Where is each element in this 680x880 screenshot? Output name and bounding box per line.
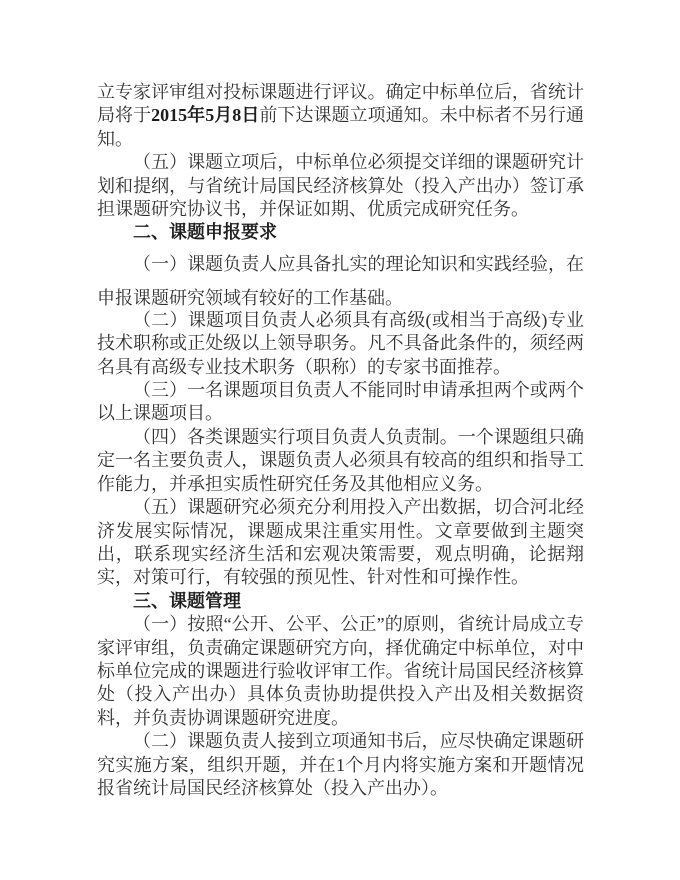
paragraph: （四）各类课题实行项目负责人负责制。一个课题组只确定一名主要负责人，课题负责人必…: [97, 426, 584, 496]
paragraph: （一）课题负责人应具备扎实的理论知识和实践经验，在申报课题研究领域有较好的工作基…: [97, 247, 584, 315]
text-run: （三）一名课题项目负责人不能同时申请承担两个或两个以上课题项目。: [97, 380, 584, 423]
paragraph: （五）课题研究必须充分利用投入产出数据，切合河北经济发展实际情况，课题成果注重实…: [97, 496, 584, 590]
paragraph: （二）课题负责人接到立项通知书后，应尽快确定课题研究实施方案，组织开题，并在1个…: [97, 730, 584, 800]
text-run: （二）课题负责人接到立项通知书后，应尽快确定课题研究实施方案，组织开题，并在1个…: [97, 731, 584, 798]
bold-text-run: 2015年5月8日: [151, 105, 259, 125]
paragraph: （五）课题立项后，中标单位必须提交详细的课题研究计划和提纲，与省统计局国民经济核…: [97, 151, 584, 221]
paragraph: （三）一名课题项目负责人不能同时申请承担两个或两个以上课题项目。: [97, 379, 584, 426]
text-run: （一）课题负责人应具备扎实的理论知识和实践经验，在申报课题研究领域有较好的工作基…: [97, 254, 584, 308]
text-run: （一）按照“公开、公平、公正”的原则，省统计局成立专家评审组，负责确定课题研究方…: [97, 614, 584, 728]
text-run: （五）课题研究必须充分利用投入产出数据，切合河北经济发展实际情况，课题成果注重实…: [97, 497, 584, 587]
paragraph: （一）按照“公开、公平、公正”的原则，省统计局成立专家评审组，负责确定课题研究方…: [97, 613, 584, 730]
paragraph: 立专家评审组对投标课题进行评议。确定中标单位后，省统计局将于2015年5月8日前…: [97, 81, 584, 151]
section-heading: 二、课题申报要求: [97, 221, 584, 244]
text-run: （五）课题立项后，中标单位必须提交详细的课题研究计划和提纲，与省统计局国民经济核…: [97, 152, 584, 219]
paragraph: （二）课题项目负责人必须具有高级(或相当于高级)专业技术职称或正处级以上领导职务…: [97, 309, 584, 379]
text-run: （四）各类课题实行项目负责人负责制。一个课题组只确定一名主要负责人，课题负责人必…: [97, 427, 584, 494]
document-page: 立专家评审组对投标课题进行评议。确定中标单位后，省统计局将于2015年5月8日前…: [0, 0, 680, 880]
section-heading: 三、课题管理: [97, 590, 584, 613]
text-run: （二）课题项目负责人必须具有高级(或相当于高级)专业技术职称或正处级以上领导职务…: [97, 310, 584, 377]
document-text-body: 立专家评审组对投标课题进行评议。确定中标单位后，省统计局将于2015年5月8日前…: [97, 81, 584, 800]
